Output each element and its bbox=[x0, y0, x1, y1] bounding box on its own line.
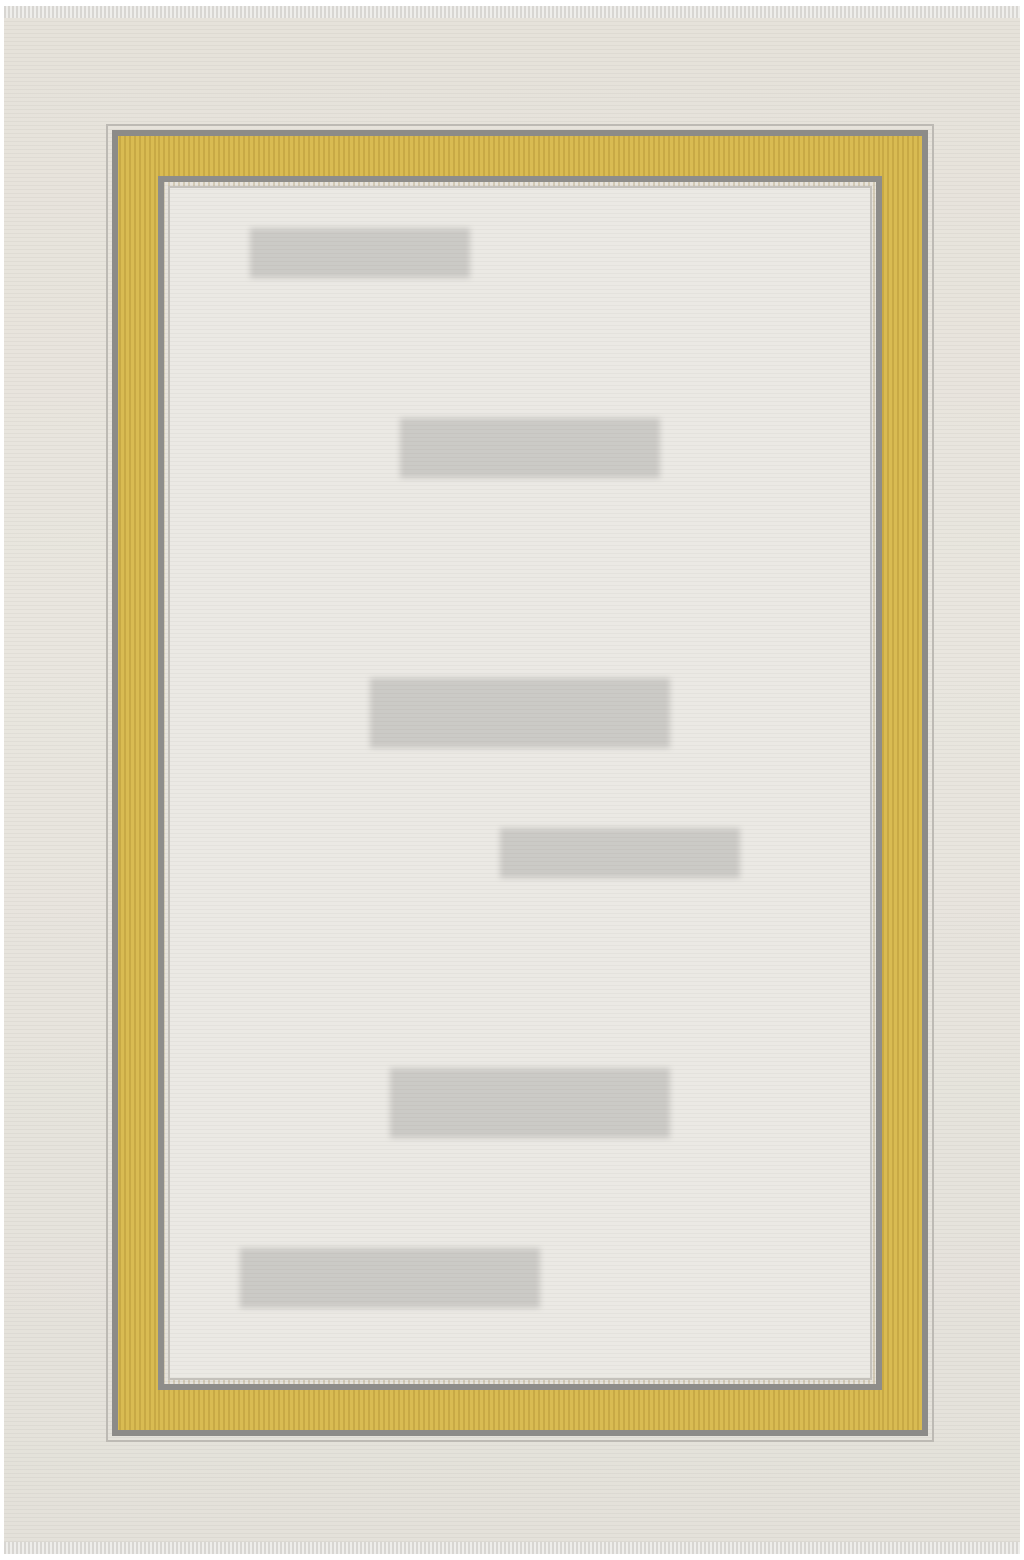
distress-mark bbox=[500, 828, 740, 878]
bottom-fringe bbox=[4, 1542, 1020, 1554]
top-fringe bbox=[4, 6, 1020, 18]
rug-field bbox=[170, 188, 870, 1378]
distress-mark bbox=[390, 1068, 670, 1138]
distress-mark bbox=[250, 228, 470, 278]
rug: Rectangular area rug with distressed lig… bbox=[4, 10, 1020, 1550]
distress-mark bbox=[400, 418, 660, 478]
distress-mark bbox=[240, 1248, 540, 1308]
distress-mark bbox=[370, 678, 670, 748]
